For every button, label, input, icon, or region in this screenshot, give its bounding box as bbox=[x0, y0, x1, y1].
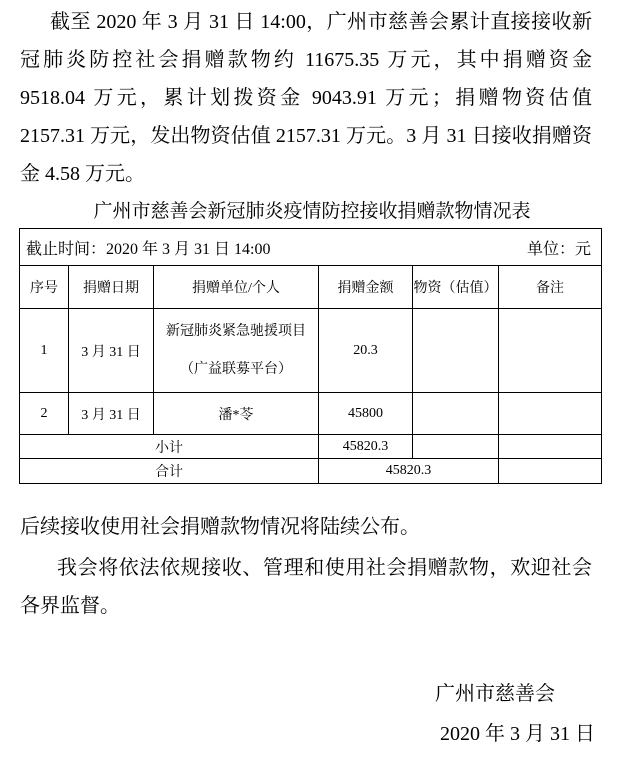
donor-line-2: （广益联募平台） bbox=[154, 351, 318, 389]
total-note bbox=[499, 459, 602, 484]
cell-goods bbox=[413, 309, 499, 393]
column-header-seq: 序号 bbox=[20, 266, 69, 309]
column-header-note: 备注 bbox=[499, 266, 602, 309]
table-row: 1 3 月 31 日 新冠肺炎紧急驰援项目 （广益联募平台） 20.3 bbox=[20, 309, 602, 393]
donation-table: 截止时间：2020 年 3 月 31 日 14:00 单位：元 序号 捐赠日期 … bbox=[19, 228, 602, 484]
cell-note bbox=[499, 309, 602, 393]
signature-org: 广州市慈善会 bbox=[0, 674, 624, 714]
closing-paragraph-1: 后续接收使用社会捐赠款物情况将陆续公布。 bbox=[20, 508, 592, 546]
subtotal-label: 小计 bbox=[20, 435, 319, 459]
total-row: 合计 45820.3 bbox=[20, 459, 602, 484]
subtotal-note bbox=[499, 435, 602, 459]
unit-label: 单位：元 bbox=[527, 236, 591, 259]
column-header-goods: 物资（估值） bbox=[413, 266, 499, 309]
total-label: 合计 bbox=[20, 459, 319, 484]
cell-amount: 45800 bbox=[319, 393, 413, 435]
cell-seq: 2 bbox=[20, 393, 69, 435]
cell-donor: 潘*苓 bbox=[154, 393, 319, 435]
table-title: 广州市慈善会新冠肺炎疫情防控接收捐赠款物情况表 bbox=[0, 200, 624, 223]
signature-date: 2020 年 3 月 31 日 bbox=[0, 714, 624, 754]
total-amount: 45820.3 bbox=[319, 459, 499, 484]
document-page: 截至 2020 年 3 月 31 日 14:00，广州市慈善会累计直接接收新冠肺… bbox=[0, 0, 624, 760]
cell-donor: 新冠肺炎紧急驰援项目 （广益联募平台） bbox=[154, 309, 319, 393]
subtotal-goods bbox=[413, 435, 499, 459]
table-header-row: 序号 捐赠日期 捐赠单位/个人 捐赠金额 物资（估值） 备注 bbox=[20, 266, 602, 309]
cell-note bbox=[499, 393, 602, 435]
table-meta-cell: 截止时间：2020 年 3 月 31 日 14:00 单位：元 bbox=[20, 229, 602, 266]
column-header-amount: 捐赠金额 bbox=[319, 266, 413, 309]
cutoff-time-label: 截止时间：2020 年 3 月 31 日 14:00 bbox=[26, 236, 270, 259]
table-meta-row: 截止时间：2020 年 3 月 31 日 14:00 单位：元 bbox=[20, 229, 602, 266]
cell-goods bbox=[413, 393, 499, 435]
cell-date: 3 月 31 日 bbox=[69, 393, 154, 435]
intro-paragraph: 截至 2020 年 3 月 31 日 14:00，广州市慈善会累计直接接收新冠肺… bbox=[20, 3, 592, 193]
column-header-date: 捐赠日期 bbox=[69, 266, 154, 309]
cell-amount: 20.3 bbox=[319, 309, 413, 393]
table-row: 2 3 月 31 日 潘*苓 45800 bbox=[20, 393, 602, 435]
subtotal-row: 小计 45820.3 bbox=[20, 435, 602, 459]
closing-paragraph-2: 我会将依法依规接收、管理和使用社会捐赠款物，欢迎社会各界监督。 bbox=[20, 549, 592, 625]
cell-seq: 1 bbox=[20, 309, 69, 393]
cell-date: 3 月 31 日 bbox=[69, 309, 154, 393]
donor-line-1: 新冠肺炎紧急驰援项目 bbox=[154, 313, 318, 351]
column-header-donor: 捐赠单位/个人 bbox=[154, 266, 319, 309]
subtotal-amount: 45820.3 bbox=[319, 435, 413, 459]
